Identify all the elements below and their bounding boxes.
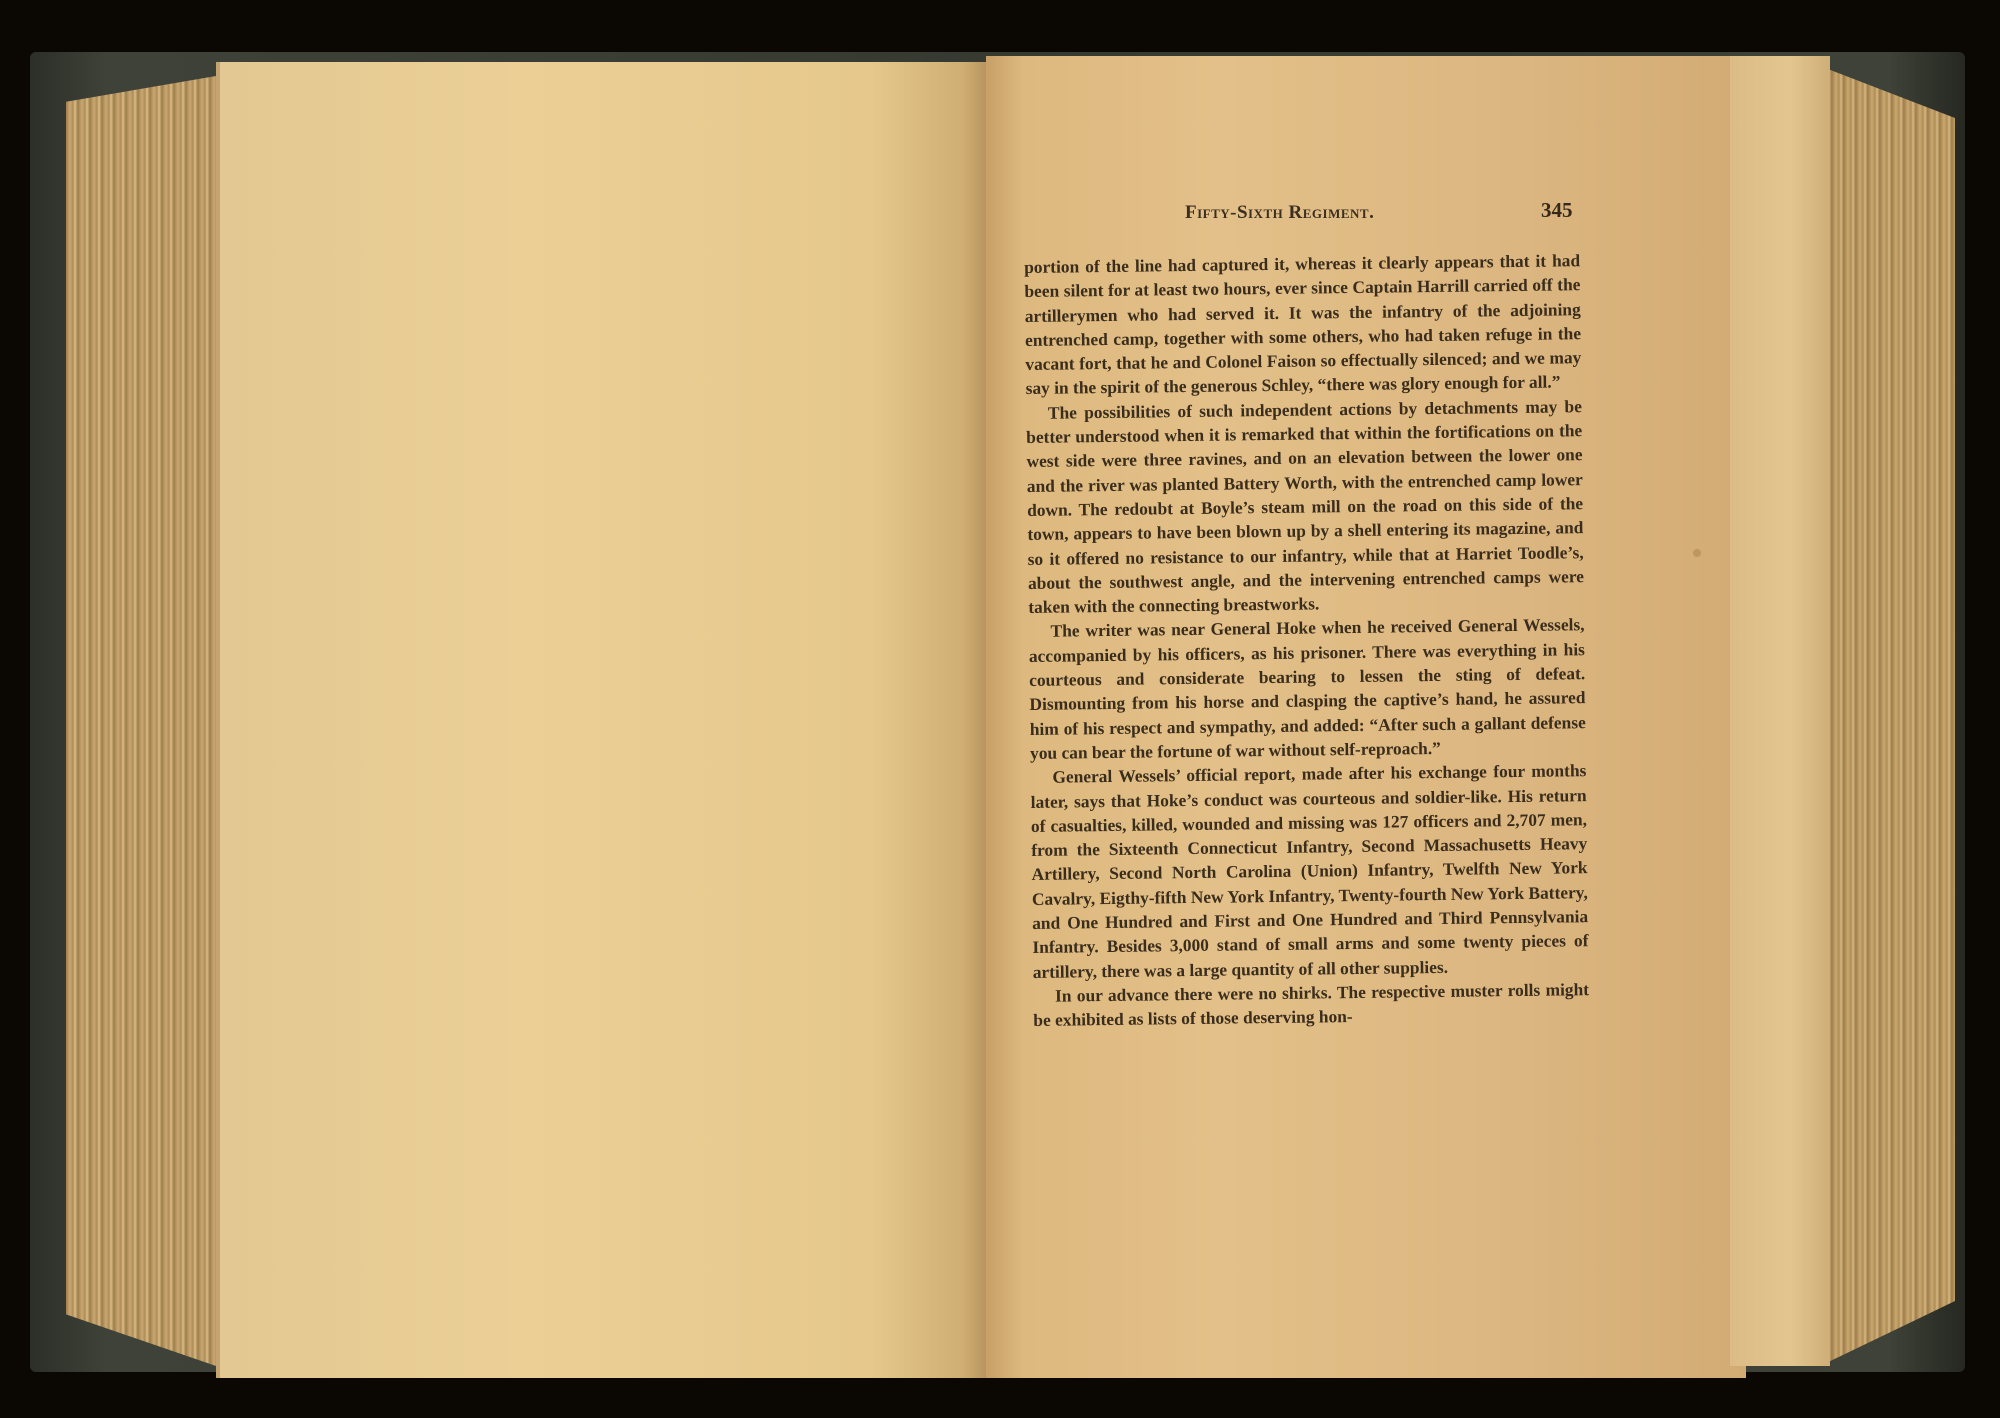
paragraph-1: portion of the line had captured it, whe… xyxy=(1024,248,1582,401)
paragraph-4: General Wessels’ official report, made a… xyxy=(1030,758,1589,983)
right-page-margin xyxy=(1730,56,1830,1366)
left-page-blank xyxy=(216,62,986,1378)
paragraph-5: In our advance there were no shirks. The… xyxy=(1033,977,1590,1032)
running-head: Fifty-Sixth Regiment. xyxy=(1185,202,1374,224)
left-page-edge xyxy=(216,62,220,1378)
page-edges-left xyxy=(66,76,216,1366)
paragraph-2: The possibilities of such independent ac… xyxy=(1026,394,1585,619)
paper-stain xyxy=(1693,549,1701,557)
body-text: portion of the line had captured it, whe… xyxy=(1024,248,1589,1032)
page-number: 345 xyxy=(1541,198,1573,223)
paragraph-3: The writer was near General Hoke when he… xyxy=(1028,613,1586,766)
page-edges-right xyxy=(1820,66,1955,1366)
